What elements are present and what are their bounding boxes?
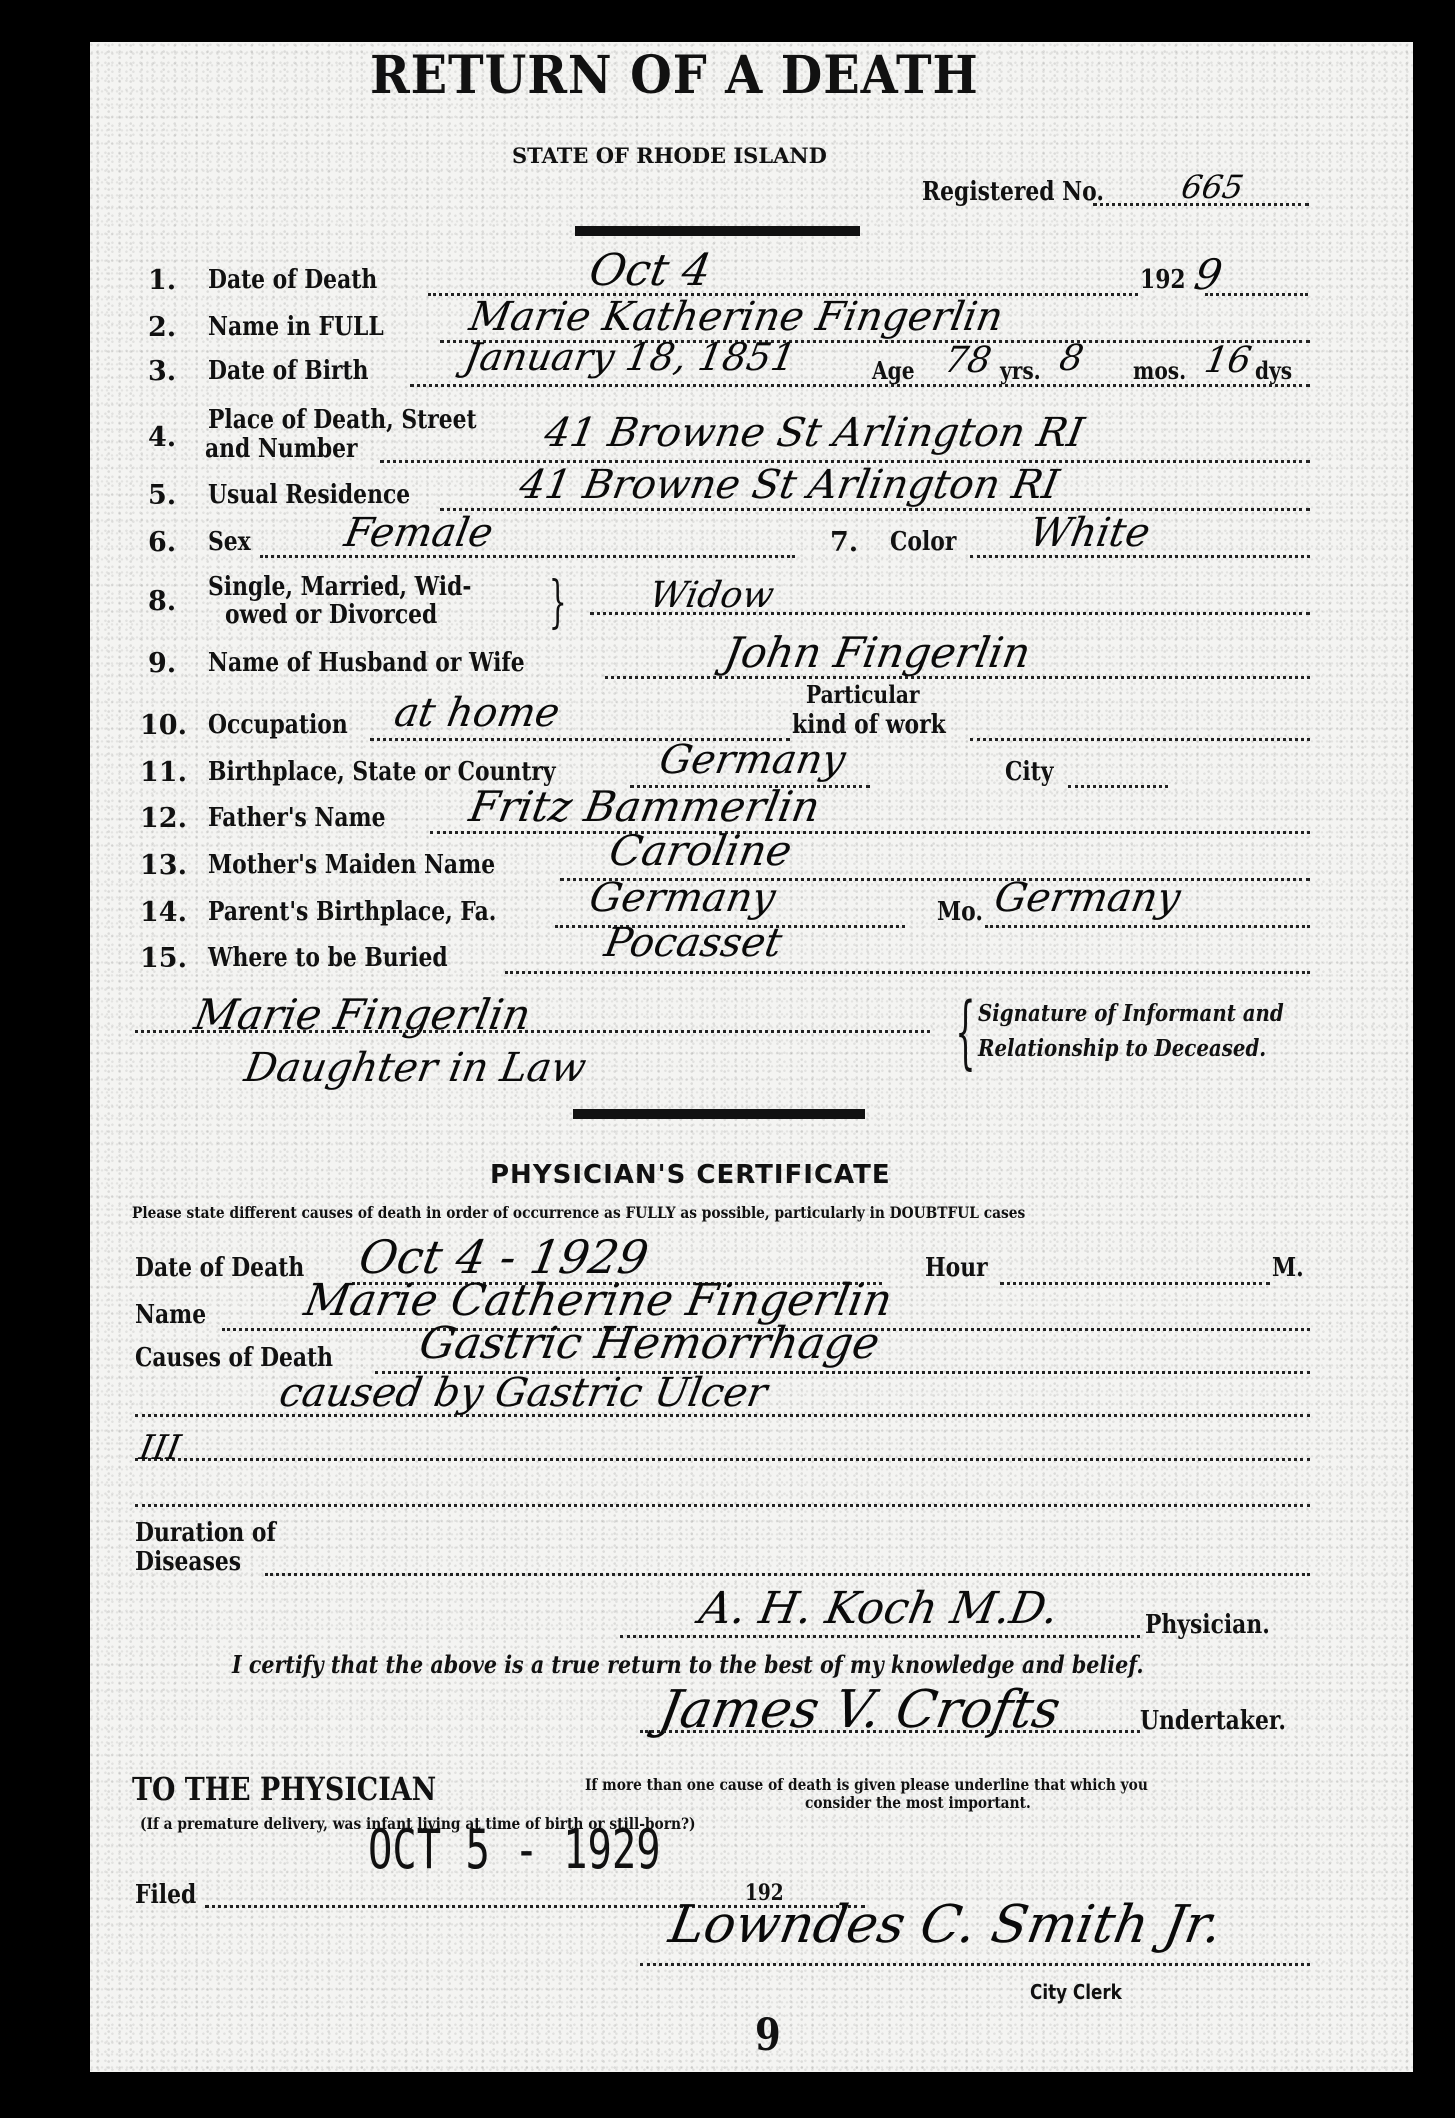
sex-value: Female <box>341 510 497 556</box>
spouse-name-value: John Fingerlin <box>721 628 1035 677</box>
physician-note-2: consider the most important. <box>805 1793 1031 1812</box>
physician-section-title: PHYSICIAN'S CERTIFICATE <box>490 1160 891 1190</box>
usual-residence-label: Usual Residence <box>208 480 410 510</box>
hour-label: Hour <box>925 1253 988 1283</box>
full-name-label: Name in FULL <box>208 312 384 342</box>
mos-label: mos. <box>1133 356 1186 385</box>
particular-label: Particular <box>806 680 920 709</box>
field-number: 11. <box>140 757 187 788</box>
field-number: 9. <box>148 648 176 679</box>
full-name-value: Marie Katherine Fingerlin <box>466 294 1007 340</box>
marital-status-label: Single, Married, Wid- <box>208 572 471 602</box>
occupation-label: Occupation <box>208 710 348 740</box>
m-label: M. <box>1272 1253 1304 1283</box>
kind-of-work-label: kind of work <box>792 710 946 740</box>
fathers-name-line <box>430 831 1310 834</box>
causes-label: Causes of Death <box>135 1343 333 1373</box>
mother-birthplace-line <box>985 925 1310 928</box>
place-of-death-label-2: and Number <box>205 434 358 464</box>
mother-birthplace-value: Germany <box>991 875 1184 921</box>
physician-note-1: If more than one cause of death is given… <box>585 1775 1148 1794</box>
hour-line <box>1000 1282 1270 1285</box>
undertaker-line <box>640 1730 1140 1733</box>
city-line <box>1068 785 1168 788</box>
father-birthplace-value: Germany <box>586 875 779 921</box>
date-of-birth-label: Date of Birth <box>208 356 368 386</box>
clerk-signature: Lowndes C. Smith Jr. <box>665 1895 1227 1955</box>
city-label: City <box>1005 757 1053 787</box>
marital-status-label-2: owed or Divorced <box>225 600 437 630</box>
usual-residence-value: 41 Browne St Arlington RI <box>516 462 1062 508</box>
date-of-birth-value: January 18, 1851 <box>461 335 799 379</box>
fathers-name-label: Father's Name <box>208 803 386 833</box>
field-number: 14. <box>140 897 187 928</box>
age-years: 78 <box>941 340 994 381</box>
state-name: STATE OF RHODE ISLAND <box>512 143 827 168</box>
field-number: 15. <box>140 943 187 974</box>
physician-signature: A. H. Koch M.D. <box>696 1583 1063 1634</box>
occupation-value: at home <box>391 690 563 736</box>
year-prefix: 192 <box>1140 265 1186 295</box>
yrs-label: yrs. <box>1000 356 1041 385</box>
divider-bar <box>575 226 860 236</box>
page-number: 9 <box>755 2010 781 2061</box>
dys-label: dys <box>1255 356 1292 385</box>
place-of-death-value: 41 Browne St Arlington RI <box>541 410 1087 456</box>
filed-label: Filed <box>135 1880 196 1910</box>
undertaker-label: Undertaker. <box>1140 1706 1286 1736</box>
field-number: 3. <box>148 356 176 387</box>
kind-of-work-line <box>970 738 1310 741</box>
physician-signature-line <box>620 1635 1140 1638</box>
year-line <box>1205 293 1308 296</box>
burial-place-line <box>505 971 1310 974</box>
field-number: 6. <box>148 527 176 558</box>
certify-text: I certify that the above is a true retur… <box>232 1650 1144 1679</box>
field-number: 1. <box>148 265 176 296</box>
field-number: 4. <box>148 422 176 453</box>
place-of-death-label: Place of Death, Street <box>208 405 477 435</box>
duration-label-1: Duration of <box>135 1518 276 1548</box>
informant-brace: { <box>955 985 975 1078</box>
birthplace-value: Germany <box>656 737 849 783</box>
parents-birthplace-label: Parent's Birthplace, Fa. <box>208 897 496 927</box>
sex-label: Sex <box>208 527 251 557</box>
age-label: Age <box>872 356 915 385</box>
informant-caption-1: Signature of Informant and <box>978 1000 1284 1027</box>
physician-date-label: Date of Death <box>135 1253 304 1283</box>
date-of-death-value: Oct 4 <box>586 245 715 296</box>
burial-place-label: Where to be Buried <box>208 943 448 973</box>
field-number: 7. <box>830 527 858 558</box>
color-value: White <box>1026 510 1154 556</box>
mothers-name-label: Mother's Maiden Name <box>208 850 495 880</box>
cause-1: Gastric Hemorrhage <box>416 1318 884 1369</box>
field-number: 2. <box>148 312 176 343</box>
informant-line <box>135 1030 930 1033</box>
mothers-name-value: Caroline <box>606 826 796 875</box>
duration-label-2: Diseases <box>135 1547 241 1577</box>
marital-status-value: Widow <box>646 575 777 616</box>
fathers-name-value: Fritz Bammerlin <box>466 782 824 831</box>
cause-line-3 <box>135 1458 1310 1461</box>
physician-instructions: Please state different causes of death i… <box>132 1203 1025 1222</box>
field-number: 8. <box>148 586 176 617</box>
field-number: 10. <box>140 710 187 741</box>
date-of-death-label: Date of Death <box>208 265 377 295</box>
registered-number: 665 <box>1179 168 1247 206</box>
section-divider <box>573 1109 865 1119</box>
duration-line <box>265 1573 1310 1576</box>
document-title: RETURN OF A DEATH <box>370 45 979 106</box>
burial-place-value: Pocasset <box>601 920 786 966</box>
spouse-name-label: Name of Husband or Wife <box>208 648 525 678</box>
field-number: 5. <box>148 480 176 511</box>
cause-2: caused by Gastric Ulcer <box>276 1370 771 1416</box>
registered-label: Registered No. <box>922 177 1104 207</box>
clerk-line <box>640 1963 1310 1966</box>
brace: } <box>549 570 567 635</box>
physician-label: Physician. <box>1145 1610 1270 1640</box>
cause-line-4 <box>135 1504 1310 1507</box>
color-label: Color <box>890 527 956 557</box>
mo-label: Mo. <box>937 897 983 927</box>
usual-residence-line <box>440 508 1310 511</box>
age-days: 16 <box>1201 340 1254 381</box>
field-number: 13. <box>140 850 187 881</box>
filed-date-stamp: OCT 5 - 1929 <box>368 1818 661 1881</box>
to-physician-heading: TO THE PHYSICIAN <box>132 1770 436 1808</box>
cause-3: III <box>136 1428 183 1468</box>
physician-name-label: Name <box>135 1300 206 1330</box>
field-number: 12. <box>140 803 187 834</box>
informant-relationship: Daughter in Law <box>241 1045 590 1091</box>
informant-caption-2: Relationship to Deceased. <box>978 1035 1266 1062</box>
clerk-label: City Clerk <box>1030 1980 1122 2004</box>
